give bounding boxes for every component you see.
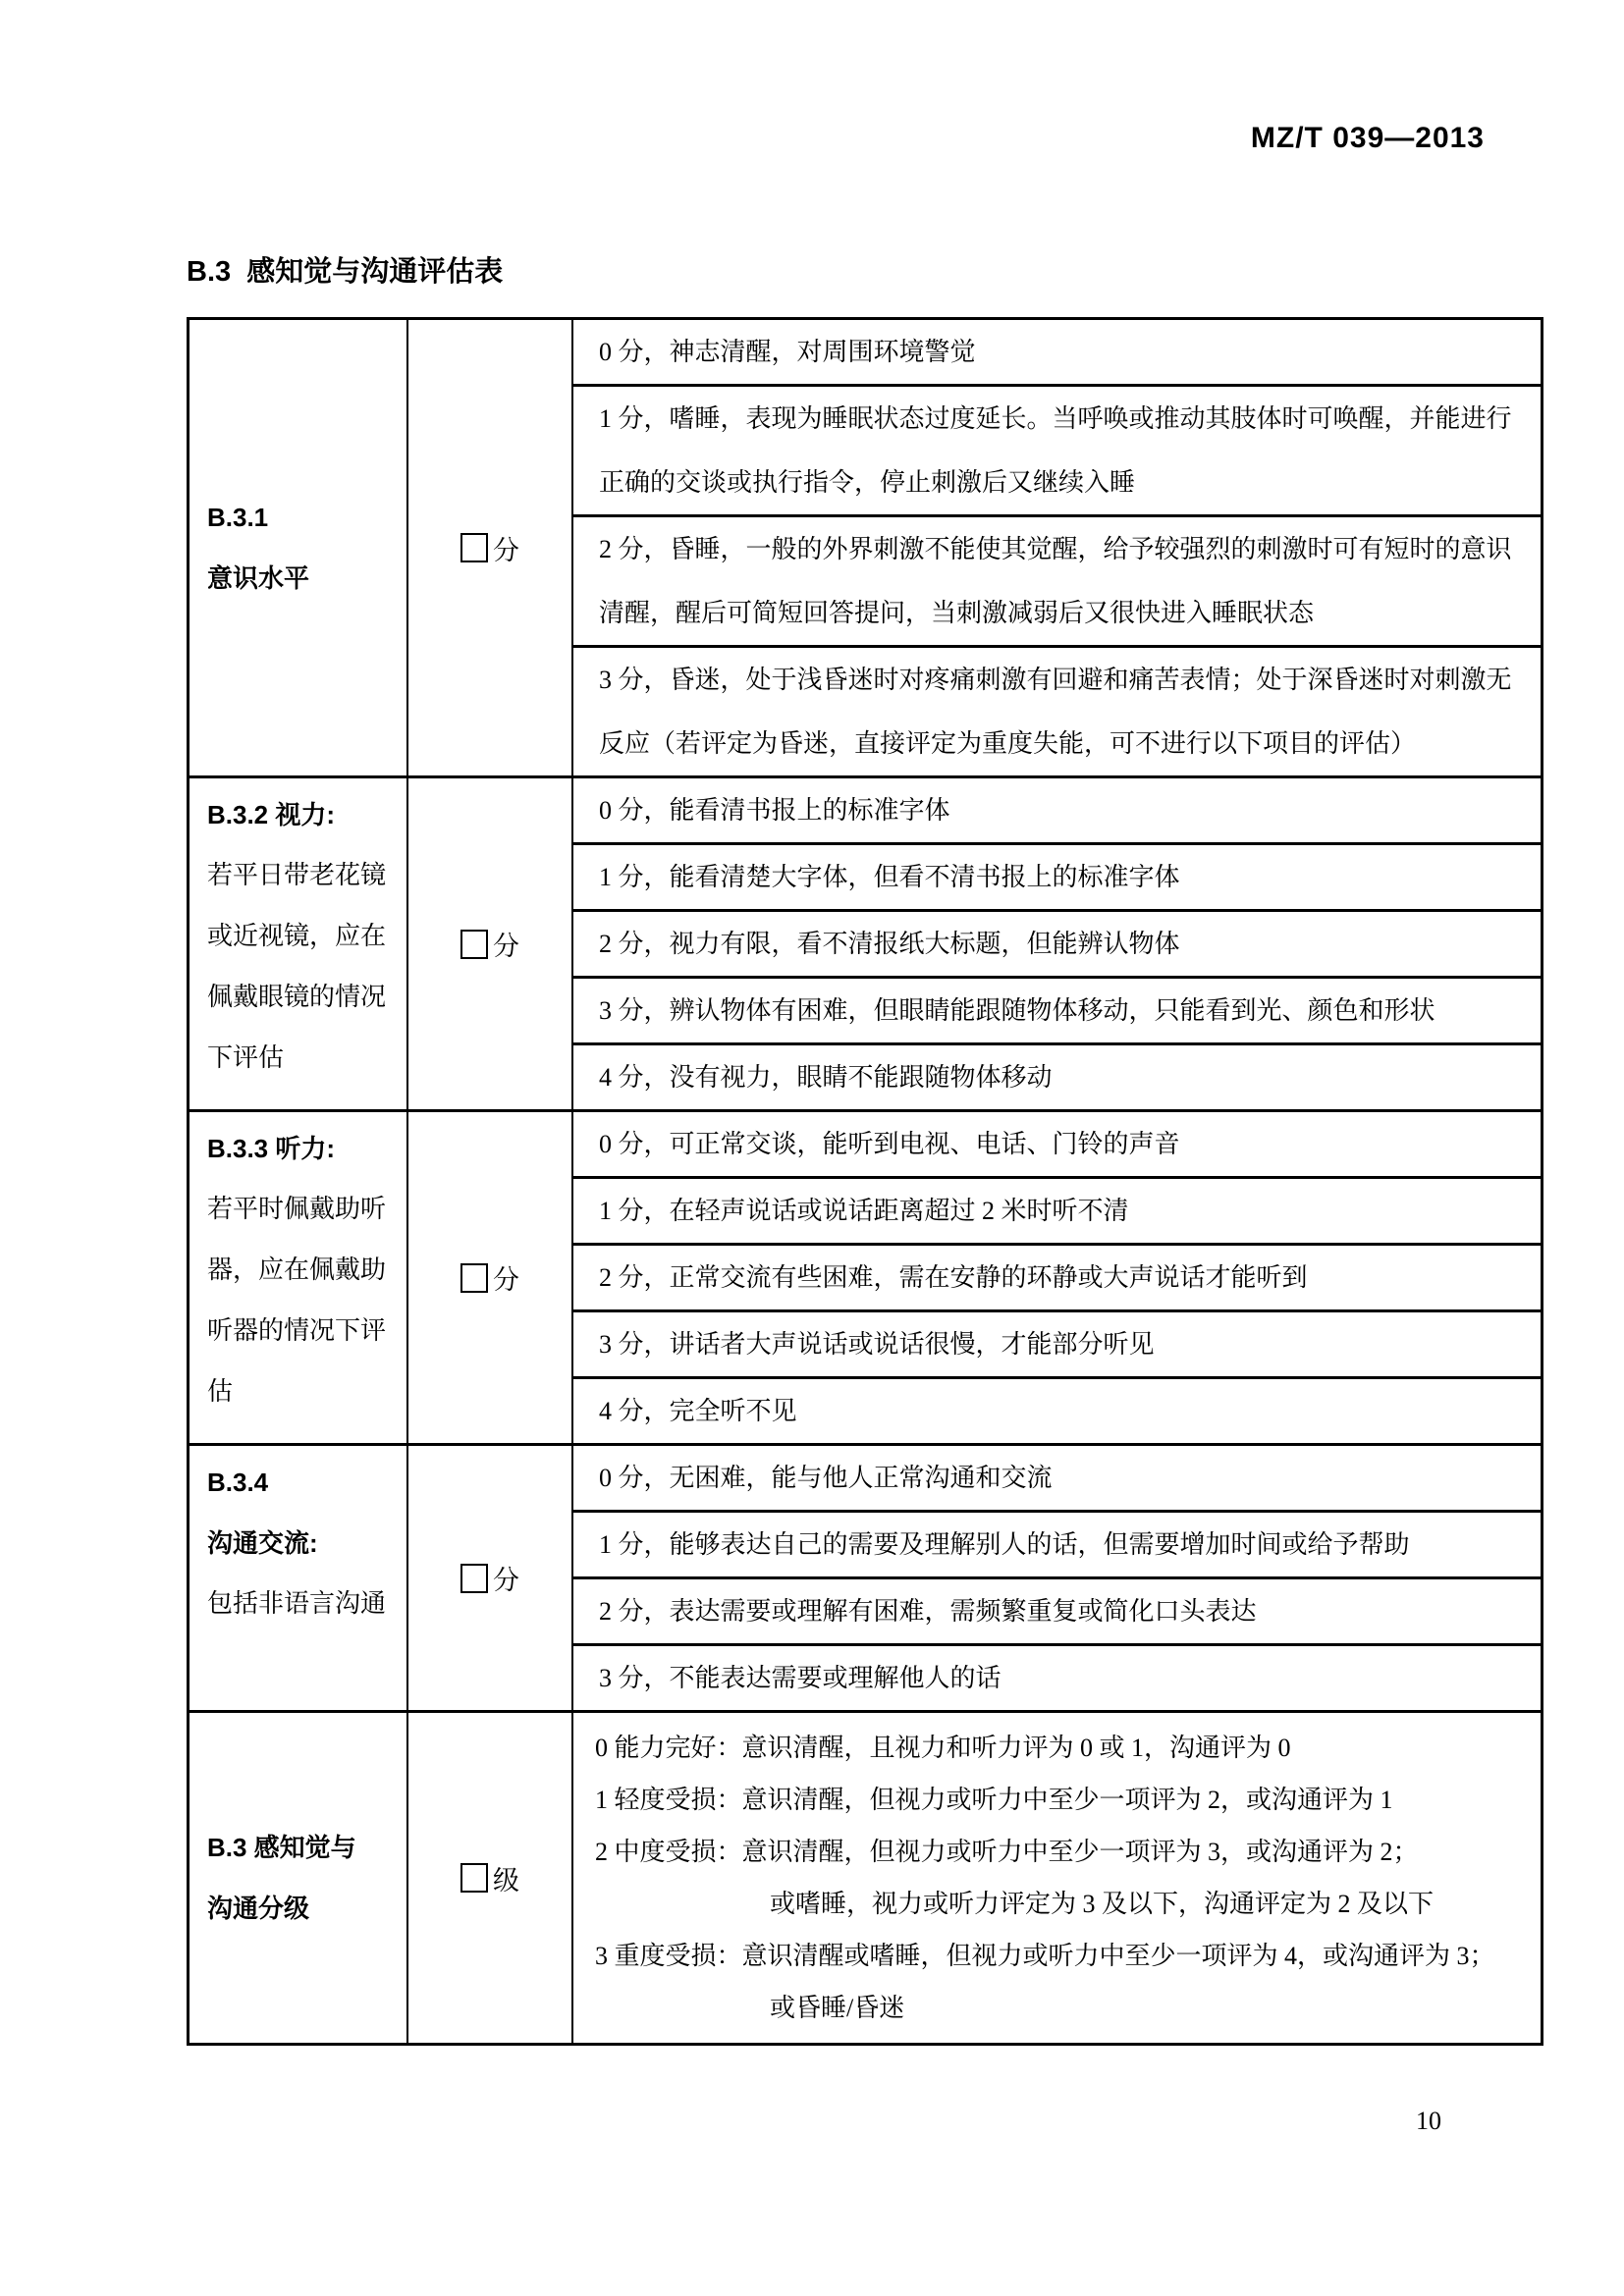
section-label: B.3 感知觉与 沟通分级 bbox=[189, 1713, 408, 2043]
section-label: B.3.1 意识水平 bbox=[189, 320, 408, 775]
option-row: 0 分，神志清醒，对周围环境警觉 bbox=[573, 320, 1541, 384]
section-label-desc: 包括非语言沟通 bbox=[207, 1574, 399, 1634]
option-row: 3 分，讲话者大声说话或说话很慢，才能部分听见 bbox=[573, 1309, 1541, 1376]
table-section-hearing: B.3.3 听力: 若平时佩戴助听器，应在佩戴助听器的情况下评估 分 0 分，可… bbox=[189, 1109, 1541, 1443]
table-section-communication: B.3.4 沟通交流: 包括非语言沟通 分 0 分，无困难，能与他人正常沟通和交… bbox=[189, 1443, 1541, 1710]
grading-line: 0 能力完好：意识清醒，且视力和听力评为 0 或 1，沟通评为 0 bbox=[595, 1722, 1525, 1774]
option-list: 0 分，可正常交谈，能听到电视、电话、门铃的声音 1 分，在轻声说话或说话距离超… bbox=[573, 1112, 1541, 1443]
score-cell: 分 bbox=[408, 778, 573, 1109]
section-label: B.3.2 视力: 若平日带老花镜或近视镜，应在佩戴眼镜的情况下评估 bbox=[189, 778, 408, 1109]
score-checkbox-icon[interactable] bbox=[460, 1863, 488, 1893]
section-label-title: B.3.4 bbox=[207, 1452, 399, 1513]
score-checkbox-icon[interactable] bbox=[460, 533, 488, 562]
document-page: MZ/T 039—2013 B.3 感知觉与沟通评估表 B.3.1 意识水平 分… bbox=[0, 0, 1624, 2296]
assessment-table: B.3.1 意识水平 分 0 分，神志清醒，对周围环境警觉 1 分，嗜睡，表现为… bbox=[187, 317, 1543, 2046]
score-unit-label: 级 bbox=[493, 1859, 519, 1897]
table-section-vision: B.3.2 视力: 若平日带老花镜或近视镜，应在佩戴眼镜的情况下评估 分 0 分… bbox=[189, 775, 1541, 1109]
score-unit-label: 分 bbox=[493, 1258, 519, 1297]
grading-line: 3 重度受损：意识清醒或嗜睡，但视力或听力中至少一项评为 4，或沟通评为 3； bbox=[595, 1930, 1525, 1982]
option-row: 3 分，辨认物体有困难，但眼睛能跟随物体移动，只能看到光、颜色和形状 bbox=[573, 976, 1541, 1042]
section-label-title2: 意识水平 bbox=[207, 548, 399, 609]
option-row: 0 分，无困难，能与他人正常沟通和交流 bbox=[573, 1446, 1541, 1510]
option-row: 3 分，不能表达需要或理解他人的话 bbox=[573, 1643, 1541, 1710]
section-label-title: B.3.3 听力: bbox=[207, 1118, 399, 1179]
option-row: 0 分，能看清书报上的标准字体 bbox=[573, 778, 1541, 842]
section-label-title: B.3 感知觉与 bbox=[207, 1817, 399, 1878]
option-row: 1 分，嗜睡，表现为睡眠状态过度延长。当呼唤或推动其肢体时可唤醒，并能进行正确的… bbox=[573, 384, 1541, 514]
score-unit-label: 分 bbox=[493, 529, 519, 567]
option-row: 4 分，完全听不见 bbox=[573, 1376, 1541, 1443]
section-label-title: B.3.2 视力: bbox=[207, 784, 399, 845]
option-row: 2 分，表达需要或理解有困难，需频繁重复或简化口头表达 bbox=[573, 1576, 1541, 1643]
score-cell: 分 bbox=[408, 320, 573, 775]
grading-line: 2 中度受损：意识清醒，但视力或听力中至少一项评为 3，或沟通评为 2； bbox=[595, 1826, 1525, 1878]
section-label: B.3.4 沟通交流: 包括非语言沟通 bbox=[189, 1446, 408, 1710]
score-checkbox-icon[interactable] bbox=[460, 1564, 488, 1593]
option-row: 1 分，在轻声说话或说话距离超过 2 米时听不清 bbox=[573, 1176, 1541, 1243]
option-row: 1 分，能够表达自己的需要及理解别人的话，但需要增加时间或给予帮助 bbox=[573, 1510, 1541, 1576]
option-row: 2 分，正常交流有些困难，需在安静的环静或大声说话才能听到 bbox=[573, 1243, 1541, 1309]
score-cell: 级 bbox=[408, 1713, 573, 2043]
section-label-title2: 沟通交流: bbox=[207, 1513, 399, 1574]
option-list: 0 分，神志清醒，对周围环境警觉 1 分，嗜睡，表现为睡眠状态过度延长。当呼唤或… bbox=[573, 320, 1541, 775]
grading-list: 0 能力完好：意识清醒，且视力和听力评为 0 或 1，沟通评为 0 1 轻度受损… bbox=[573, 1713, 1541, 2043]
score-unit-label: 分 bbox=[493, 925, 519, 963]
section-label-desc: 若平时佩戴助听器，应在佩戴助听器的情况下评估 bbox=[207, 1179, 399, 1422]
option-row: 1 分，能看清楚大字体，但看不清书报上的标准字体 bbox=[573, 842, 1541, 909]
option-list: 0 分，无困难，能与他人正常沟通和交流 1 分，能够表达自己的需要及理解别人的话… bbox=[573, 1446, 1541, 1710]
section-label-desc: 若平日带老花镜或近视镜，应在佩戴眼镜的情况下评估 bbox=[207, 845, 399, 1089]
option-list: 0 分，能看清书报上的标准字体 1 分，能看清楚大字体，但看不清书报上的标准字体… bbox=[573, 778, 1541, 1109]
score-checkbox-icon[interactable] bbox=[460, 1263, 488, 1293]
section-label: B.3.3 听力: 若平时佩戴助听器，应在佩戴助听器的情况下评估 bbox=[189, 1112, 408, 1443]
option-row: 2 分，昏睡，一般的外界刺激不能使其觉醒，给予较强烈的刺激时可有短时的意识清醒，… bbox=[573, 514, 1541, 645]
score-unit-label: 分 bbox=[493, 1559, 519, 1597]
option-row: 2 分，视力有限，看不清报纸大标题，但能辨认物体 bbox=[573, 909, 1541, 976]
grading-line: 1 轻度受损：意识清醒，但视力或听力中至少一项评为 2，或沟通评为 1 bbox=[595, 1774, 1525, 1826]
section-label-title2: 沟通分级 bbox=[207, 1878, 399, 1939]
option-row: 4 分，没有视力，眼睛不能跟随物体移动 bbox=[573, 1042, 1541, 1109]
section-heading: B.3 感知觉与沟通评估表 bbox=[187, 249, 503, 290]
option-row: 3 分，昏迷，处于浅昏迷时对疼痛刺激有回避和痛苦表情；处于深昏迷时对刺激无反应（… bbox=[573, 645, 1541, 775]
table-section-grading: B.3 感知觉与 沟通分级 级 0 能力完好：意识清醒，且视力和听力评为 0 或… bbox=[189, 1710, 1541, 2043]
section-label-title: B.3.1 bbox=[207, 487, 399, 548]
grading-line-continuation: 或嗜睡，视力或听力评定为 3 及以下，沟通评定为 2 及以下 bbox=[595, 1878, 1525, 1930]
score-cell: 分 bbox=[408, 1446, 573, 1710]
standard-number: MZ/T 039—2013 bbox=[1251, 122, 1485, 155]
score-checkbox-icon[interactable] bbox=[460, 930, 488, 959]
table-section-consciousness: B.3.1 意识水平 分 0 分，神志清醒，对周围环境警觉 1 分，嗜睡，表现为… bbox=[189, 320, 1541, 775]
page-number: 10 bbox=[1416, 2107, 1441, 2136]
grading-line-continuation: 或昏睡/昏迷 bbox=[595, 1982, 1525, 2034]
option-row: 0 分，可正常交谈，能听到电视、电话、门铃的声音 bbox=[573, 1112, 1541, 1176]
score-cell: 分 bbox=[408, 1112, 573, 1443]
